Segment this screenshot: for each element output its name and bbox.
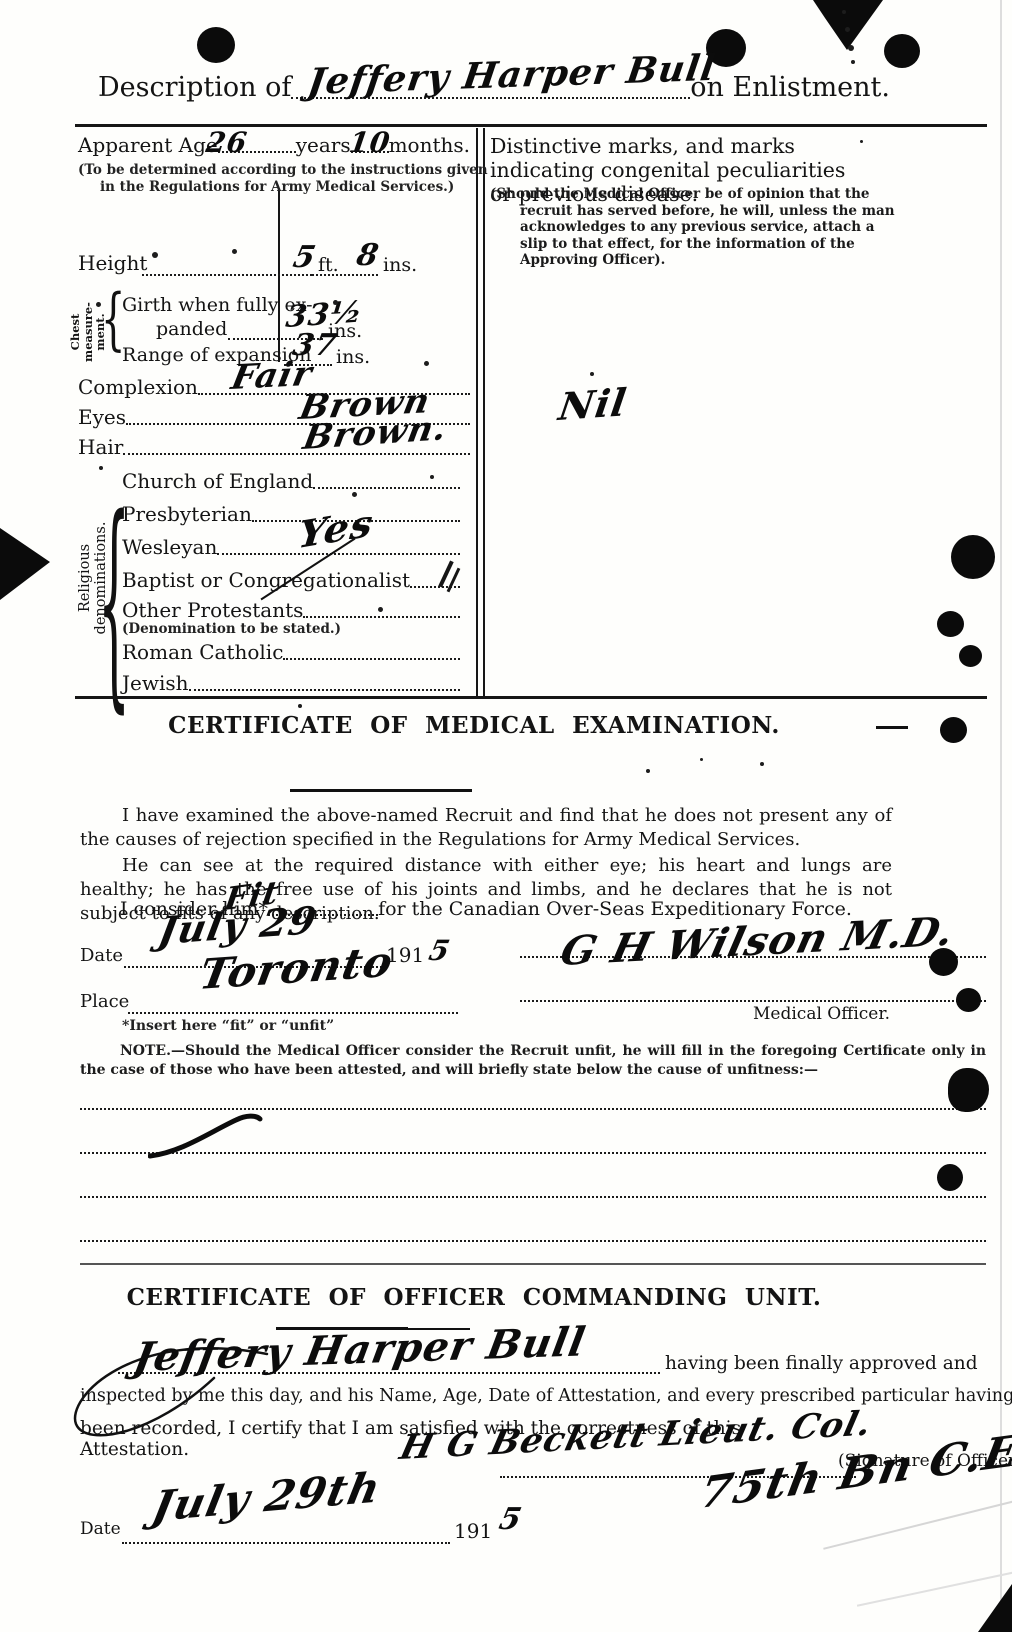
religion-label: Other Protestants	[122, 599, 303, 622]
years-unit: years	[296, 134, 351, 157]
religion-label: Roman Catholic	[122, 641, 283, 664]
girth-row: panded ins. 33½	[156, 316, 396, 342]
header-suffix: on Enlistment.	[690, 72, 890, 103]
religion-row-2: Wesleyan	[122, 536, 460, 559]
age-months-value: 10	[347, 126, 393, 159]
blank-line-5	[80, 1263, 986, 1265]
ink-speck	[700, 758, 703, 761]
medical-officer-label: Medical Officer.	[650, 1004, 890, 1024]
religion-label: Wesleyan	[122, 536, 217, 559]
religion-row-5: Roman Catholic	[122, 641, 460, 664]
ink-dash	[876, 726, 908, 729]
leader	[410, 586, 460, 588]
ink-speck	[842, 10, 846, 14]
height-ins-unit: ins.	[383, 254, 417, 277]
signature-line-lower	[520, 1000, 986, 1002]
crease-line	[823, 1492, 1012, 1550]
form-header: Description of Jeffery Harper Bull on En…	[98, 72, 890, 103]
apparent-age-note: (To be determined according to the instr…	[78, 162, 498, 195]
header-name-line: Jeffery Harper Bull	[291, 97, 690, 99]
leader	[142, 274, 312, 276]
complexion-label: Complexion	[78, 376, 198, 399]
ink-speck	[378, 607, 383, 612]
officer-date-row: Date 191 5	[80, 1514, 540, 1548]
leader	[303, 616, 460, 618]
place-label: Place	[80, 990, 129, 1013]
header-prefix: Description of	[98, 72, 291, 103]
leader	[128, 1012, 458, 1014]
ink-speck	[298, 704, 302, 708]
religion-row-3: Baptist or Congregationalist	[122, 569, 460, 592]
ink-speck	[760, 762, 764, 766]
religion-row-6: Jewish	[122, 672, 460, 695]
height-row: Height ft. ins. 5 8	[78, 252, 470, 278]
ink-speck	[424, 361, 429, 366]
ink-blob	[940, 717, 967, 743]
ink-speck	[851, 60, 855, 64]
ink-speck	[848, 45, 854, 51]
fit-footnote: *Insert here “fit” or “unfit”	[122, 1018, 334, 1034]
officer-year-printed: 191	[454, 1520, 492, 1543]
ink-speck	[430, 475, 434, 479]
ink-speck	[845, 27, 850, 32]
girth-label-line2: panded	[156, 318, 227, 341]
officer-certificate-heading: CERTIFICATE OF OFFICER COMMANDING UNIT.	[0, 1284, 948, 1311]
medical-note: NOTE.—Should the Medical Officer conside…	[80, 1042, 986, 1080]
ink-corner-mark	[795, 0, 885, 58]
apparent-age-row: Apparent Age years months.	[78, 134, 470, 157]
distinctive-marks-value: Nil	[556, 379, 630, 429]
ink-left-wedge	[0, 520, 55, 605]
leader	[122, 1542, 450, 1544]
ink-blob	[884, 34, 920, 68]
ink-blob	[937, 1164, 963, 1191]
hair-label: Hair	[78, 436, 123, 459]
eyes-label: Eyes	[78, 406, 126, 429]
ink-blob	[929, 948, 958, 976]
religion-label: Presbyterian	[122, 503, 252, 526]
height-ins-value: 8	[354, 238, 382, 273]
ink-blob	[951, 535, 995, 579]
religion-row-1: Presbyterian	[122, 503, 460, 526]
leader	[217, 553, 460, 555]
attestation-form-page: Description of Jeffery Harper Bull on En…	[0, 0, 1012, 1632]
ink-speck	[333, 300, 338, 305]
medical-paragraph-1: I have examined the above-named Recruit …	[80, 804, 892, 852]
ink-speck	[646, 769, 650, 773]
ink-speck	[860, 140, 863, 143]
girth-label-line1: Girth when fully ex-	[122, 294, 313, 317]
blank-line-3	[80, 1196, 986, 1198]
ink-speck	[99, 466, 103, 470]
officer-year-value: 5	[496, 1502, 525, 1537]
leader	[123, 453, 470, 455]
months-unit: months.	[389, 134, 470, 157]
ink-speck	[590, 372, 594, 376]
religion-label: Baptist or Congregationalist	[122, 569, 410, 592]
date-label: Date	[80, 944, 123, 967]
religion-label: Church of England	[122, 470, 313, 493]
ink-corner-triangle	[978, 1584, 1012, 1632]
ink-blob	[959, 645, 982, 667]
year-value: 5	[426, 934, 453, 967]
leader	[313, 487, 460, 489]
blank-line-1	[80, 1108, 986, 1110]
ink-speck	[96, 302, 101, 307]
religion-label: Jewish	[122, 672, 189, 695]
section-bottom-rule	[75, 696, 987, 699]
stray-pen-stroke	[148, 1112, 278, 1162]
religion-row-0: Church of England	[122, 470, 460, 493]
pen-smear-line	[290, 789, 472, 792]
ink-speck	[152, 252, 158, 258]
medical-certificate-heading: CERTIFICATE OF MEDICAL EXAMINATION.	[0, 712, 948, 739]
ink-speck	[232, 249, 237, 254]
recruit-name-handwritten: Jeffery Harper Bull	[305, 47, 718, 103]
leader	[189, 689, 460, 691]
religion-row-4-note: (Denomination to be stated.)	[122, 621, 341, 638]
blank-line-4	[80, 1240, 986, 1242]
ink-blob	[948, 1068, 989, 1112]
officer-date-label: Date	[80, 1518, 121, 1541]
ink-blob	[197, 27, 235, 63]
height-ft-value: 5	[290, 240, 319, 275]
age-years-value: 26	[204, 126, 250, 159]
leader	[312, 274, 378, 276]
approved-suffix: having been finally approved and	[665, 1352, 978, 1375]
column-divider	[476, 128, 485, 696]
religion-row-4: Other Protestants	[122, 599, 460, 622]
ink-blob	[937, 611, 964, 637]
height-label: Height	[78, 252, 147, 275]
leader	[283, 658, 460, 660]
apparent-age-label: Apparent Age	[78, 134, 218, 157]
ink-speck	[352, 492, 357, 497]
distinctive-marks-note: (Should the Medical Officer be of opinio…	[490, 186, 898, 269]
ink-blob	[956, 988, 981, 1012]
range-unit: ins.	[336, 346, 370, 369]
